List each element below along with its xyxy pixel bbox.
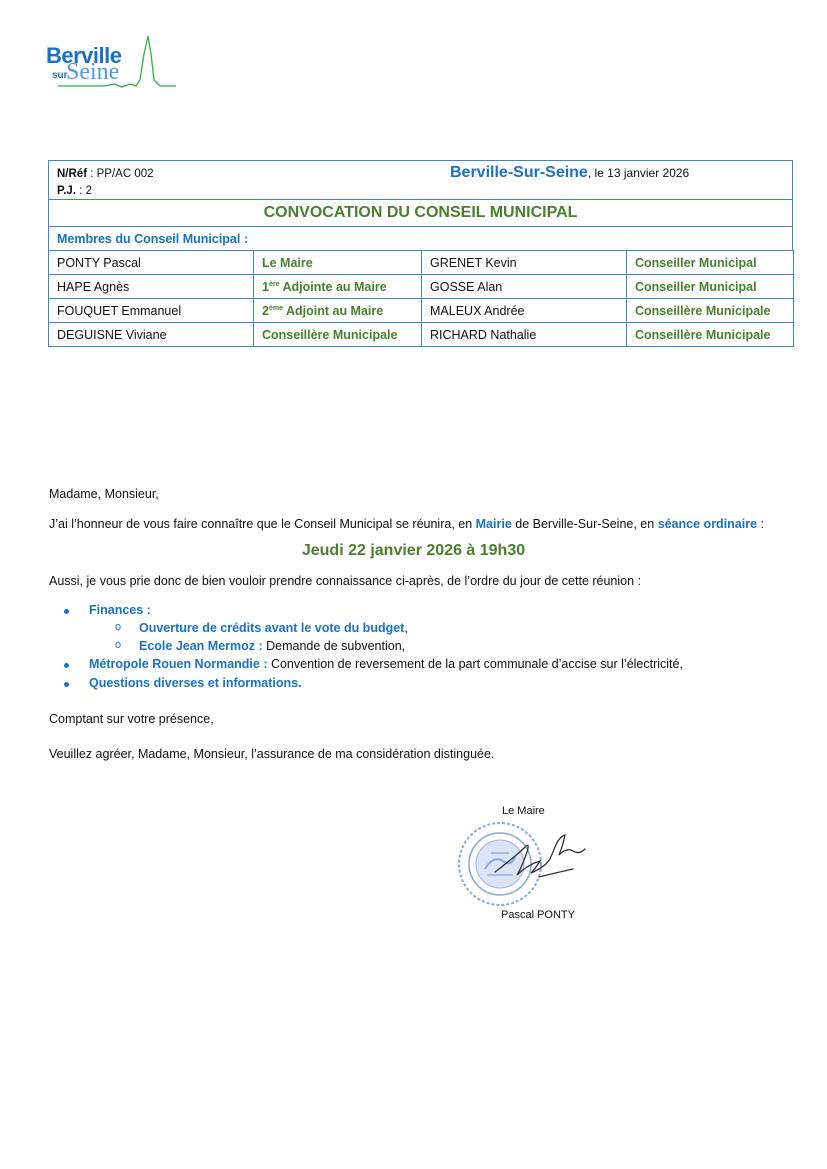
salutation-line: Veuillez agréer, Madame, Monsieur, l’ass… (49, 747, 494, 761)
table-row: FOUQUET Emmanuel 2ème Adjoint au Maire M… (49, 299, 794, 323)
closing-line: Comptant sur votre présence, (49, 712, 214, 726)
greeting: Madame, Monsieur, (49, 487, 159, 501)
agenda-subitem-ecole: Ecole Jean Mermoz : Demande de subventio… (139, 639, 405, 653)
title-box: CONVOCATION DU CONSEIL MUNICIPAL (48, 199, 793, 227)
member-name: DEGUISNE Viviane (49, 323, 254, 347)
member-role: Conseiller Municipal (627, 275, 794, 299)
document-title: CONVOCATION DU CONSEIL MUNICIPAL (49, 204, 792, 222)
official-stamp-and-signature (455, 817, 595, 912)
member-role: Conseillère Municipale (627, 323, 794, 347)
agenda-subitem-credits: Ouverture de crédits avant le vote du bu… (139, 621, 408, 635)
intro-paragraph: J’ai l’honneur de vous faire connaître q… (49, 517, 764, 531)
town-logo: Berville sur Seine (44, 34, 184, 90)
member-role: 2ème Adjoint au Maire (254, 299, 422, 323)
table-row: HAPE Agnès 1ère Adjointe au Maire GOSSE … (49, 275, 794, 299)
agenda-intro: Aussi, je vous prie donc de bien vouloir… (49, 574, 641, 588)
member-name: HAPE Agnès (49, 275, 254, 299)
reference-box: N/Réf : PP/AC 002 P.J. : 2 Berville-Sur-… (48, 160, 793, 200)
bullet-icon (64, 663, 69, 668)
member-role: Conseillère Municipale (254, 323, 422, 347)
circle-bullet-icon: o (115, 621, 121, 633)
member-role: Conseiller Municipal (627, 251, 794, 275)
members-header: Membres du Conseil Municipal : (48, 226, 793, 251)
agenda-item-metropole: Métropole Rouen Normandie : Convention d… (89, 657, 683, 671)
members-label: Membres du Conseil Municipal : (57, 232, 248, 246)
bullet-icon (64, 682, 69, 687)
member-role: Le Maire (254, 251, 422, 275)
signatory-title: Le Maire (502, 805, 545, 817)
place-and-date: Berville-Sur-Seine, le 13 janvier 2026 (450, 164, 689, 182)
member-role: Conseillère Municipale (627, 299, 794, 323)
member-name: GRENET Kevin (422, 251, 627, 275)
member-name: MALEUX Andrée (422, 299, 627, 323)
member-name: PONTY Pascal (49, 251, 254, 275)
member-name: RICHARD Nathalie (422, 323, 627, 347)
member-name: GOSSE Alan (422, 275, 627, 299)
logo-seine: Seine (66, 59, 119, 86)
member-name: FOUQUET Emmanuel (49, 299, 254, 323)
circle-bullet-icon: o (115, 639, 121, 651)
table-row: DEGUISNE Viviane Conseillère Municipale … (49, 323, 794, 347)
reference-number: N/Réf : PP/AC 002 (57, 168, 154, 180)
agenda-item-finances: Finances : (89, 603, 151, 617)
signatory-name: Pascal PONTY (501, 909, 575, 921)
members-table: PONTY Pascal Le Maire GRENET Kevin Conse… (48, 250, 794, 347)
signature-icon (455, 817, 595, 912)
agenda-item-questions: Questions diverses et informations. (89, 676, 302, 690)
table-row: PONTY Pascal Le Maire GRENET Kevin Conse… (49, 251, 794, 275)
member-role: 1ère Adjointe au Maire (254, 275, 422, 299)
meeting-datetime: Jeudi 22 janvier 2026 à 19h30 (0, 542, 827, 560)
bullet-icon (64, 609, 69, 614)
attachments-count: P.J. : 2 (57, 185, 92, 197)
